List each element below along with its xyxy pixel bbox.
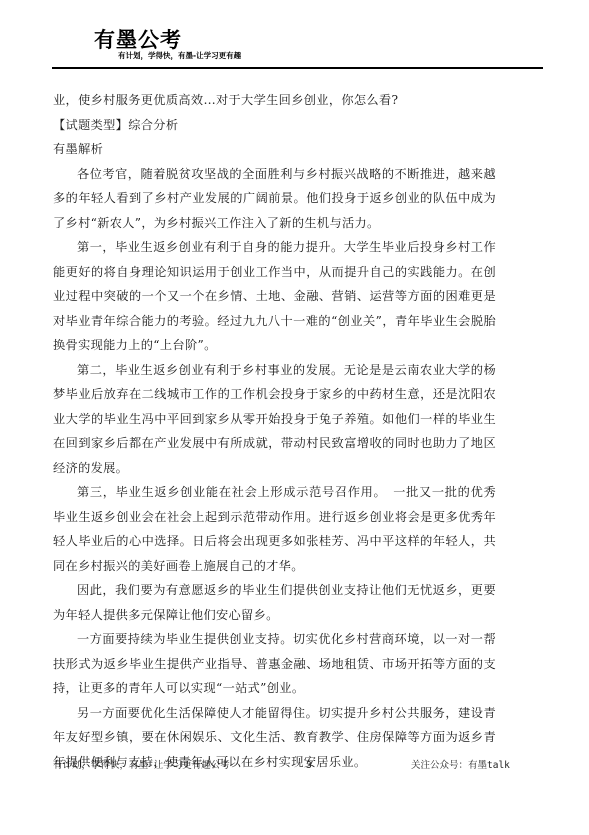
document-body: 业，使乡村服务更优质高效…对于大学生回乡创业，你怎么看? 【试题类型】综合分析 … xyxy=(53,88,496,774)
question-type: 【试题类型】综合分析 xyxy=(53,113,496,138)
footer-slogan: 有计划，学得快，有墨-让学习更有趣公考 xyxy=(53,760,243,772)
paragraph-intro: 各位考官，随着脱贫攻坚战的全面胜利与乡村振兴战略的不断推进，越来越多的年轻人看到… xyxy=(53,162,496,236)
paragraph-point-1: 第一，毕业生返乡创业有利于自身的能力提升。大学生毕业后投身乡村工作能更好的将自身… xyxy=(53,235,496,358)
header-divider xyxy=(52,67,543,69)
question-tail: 业，使乡村服务更优质高效…对于大学生回乡创业，你怎么看? xyxy=(53,88,496,113)
paragraph-point-2: 第二，毕业生返乡创业有利于乡村事业的发展。无论是是云南农业大学的杨梦毕业后放弃在… xyxy=(53,358,496,481)
analysis-heading: 有墨解析 xyxy=(53,137,496,162)
footer-wechat: 关注公众号：有墨talk xyxy=(411,760,510,772)
page-number: 3 xyxy=(306,760,312,772)
paragraph-measure-1: 一方面要持续为毕业生提供创业支持。切实优化乡村营商环境，以一对一帮扶形式为返乡毕… xyxy=(53,627,496,701)
brand-title: 有墨公考 xyxy=(94,28,182,52)
paragraph-conclusion: 因此，我们要为有意愿返乡的毕业生们提供创业支持让他们无忧返乡，更要为年轻人提供多… xyxy=(53,578,496,627)
brand-slogan: 有计划，学得快，有墨-让学习更有趣 xyxy=(118,51,241,60)
paragraph-point-3: 第三，毕业生返乡创业能在社会上形成示范号召作用。 一批又一批的优秀毕业生返乡创业… xyxy=(53,480,496,578)
